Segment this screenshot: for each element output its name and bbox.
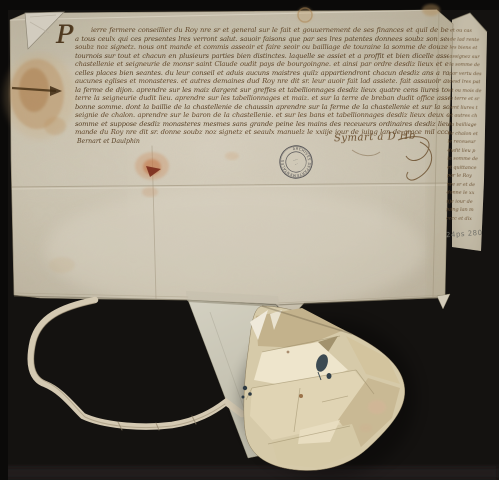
manuscript-line: seignie de chalon. aprendre sur le baron… — [75, 111, 449, 120]
dorse-text-column: et ou casde lad renteles biens etassigne… — [446, 28, 496, 225]
manuscript-line: ierre fermere conseillier du Roy nre sr … — [75, 26, 449, 35]
manuscript-line: celles places bien seantes. du leur cons… — [75, 69, 449, 78]
dorse-line: cccc et dix — [446, 216, 492, 226]
manuscript-line: terre la seigneurie dudit lieu. aprendre… — [75, 94, 449, 103]
manuscript-line: chastellenie et seigneurie de monsr sain… — [75, 60, 449, 69]
manuscript-text: ierre fermere conseillier du Roy nre sr … — [75, 26, 449, 137]
manuscript-line: somme et suppose desdiz monasteres mesme… — [75, 120, 449, 129]
manuscript-line: bonne somme. dont la baillie de la chast… — [75, 103, 449, 112]
initial-letter: P — [56, 22, 73, 48]
manuscript-line: tournois sur tout et chacun en plusieurs… — [75, 52, 449, 61]
photo-canvas: ARCHIVES DÉPARTEMENTALES ––– –– P ierre … — [0, 0, 499, 480]
manuscript-line: soubz noz signetz. nous ont mande et com… — [75, 43, 449, 52]
manuscript-line: aucunes eglises et monasteres. et autres… — [75, 77, 449, 86]
manuscript-line: la ferme de dijon. aprendre sur les maiz… — [75, 86, 449, 95]
catchline: Bernart et Daulphin — [77, 138, 140, 145]
manuscript-line: a tous ceulx qui ces presentes lres verr… — [75, 35, 449, 44]
